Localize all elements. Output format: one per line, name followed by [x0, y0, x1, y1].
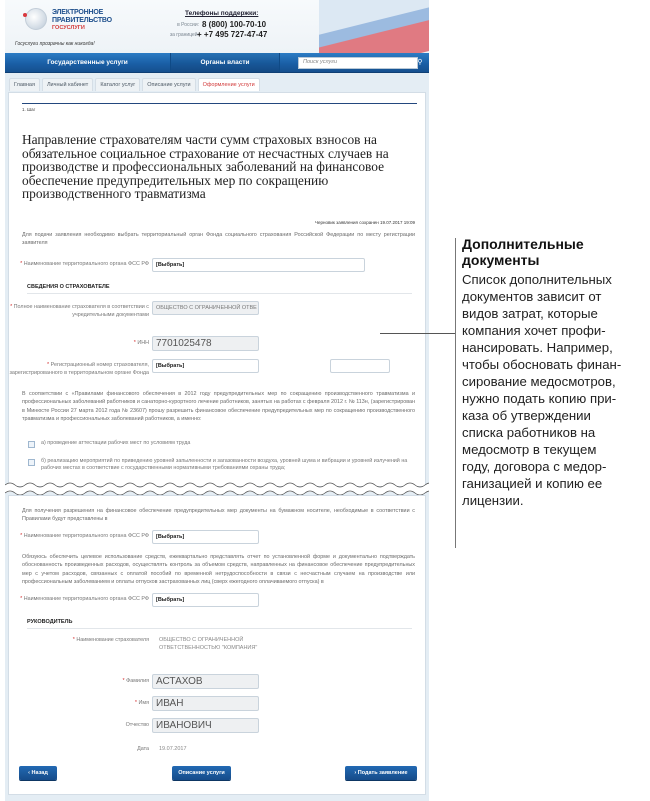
flag-decoration [319, 0, 429, 53]
rules-text: В соответствии с «Правилами финансового … [22, 390, 415, 424]
reg-number-select[interactable]: [Выбрать] [152, 359, 259, 373]
section-head: РУКОВОДИТЕЛЬ [27, 619, 72, 625]
insurer-name-value-2: ОТВЕТСТВЕННОСТЬЮ "КОМПАНИЯ" [159, 645, 257, 653]
breadcrumb-home[interactable]: Главная [9, 78, 40, 91]
nav-divider [279, 53, 280, 72]
search-icon[interactable]: ⚲ [415, 57, 425, 69]
callout-line: нужно подать копию при- [462, 390, 650, 407]
fss-select[interactable]: [Выбрать] [152, 258, 365, 272]
checkbox-b-label: б) реализацию мероприятий по приведению … [41, 458, 411, 473]
breadcrumb-application[interactable]: Оформление услуги [198, 78, 260, 91]
checkbox-a[interactable] [28, 441, 35, 448]
fss-label: * Наименование территориального органа Ф… [9, 261, 149, 269]
service-description-button[interactable]: Описание услуги [172, 766, 231, 780]
fss3-label: * Наименование территориального органа Ф… [9, 596, 149, 604]
surname-field[interactable]: АСТАХОВ [152, 674, 259, 689]
full-name-label: * Полное наименование страхователя в соо… [9, 304, 149, 319]
callout-line: ганизацией и копию ее [462, 475, 650, 492]
reg-number-extra-field[interactable] [330, 359, 390, 373]
page-title: Направление страхователям части сумм стр… [22, 133, 412, 201]
callout-body: Список дополнительныхдокументов зависит … [462, 271, 650, 509]
support-phones-title[interactable]: Телефоны поддержки: [185, 10, 258, 17]
callout-line: чтобы обосновать финан- [462, 356, 650, 373]
fss3-select[interactable]: [Выбрать] [152, 593, 259, 607]
form-card-top: 1. Шаг Направление страхователям части с… [8, 92, 426, 487]
form-card-bottom: Для получения разрешения на финансовое о… [8, 495, 426, 795]
date-value: 19.07.2017 [159, 746, 187, 754]
phone-abroad-label: за границей: [159, 32, 199, 38]
callout-line: списка работников на [462, 424, 650, 441]
logo-text-line1[interactable]: ЭЛЕКТРОННОЕ [52, 9, 103, 16]
draft-status: Черновик заявления сохранен 19.07.2017 1… [315, 220, 415, 225]
checkbox-a-label: а) проведение аттестации рабочих мест по… [41, 440, 411, 447]
breadcrumb-catalog[interactable]: Каталог услуг [95, 78, 140, 91]
paper-docs-text: Для получения разрешения на финансовое о… [22, 507, 415, 524]
callout-title: Дополнительные документы [462, 236, 647, 268]
breadcrumb-description[interactable]: Описание услуги [142, 78, 195, 91]
section-insurer: СВЕДЕНИЯ О СТРАХОВАТЕЛЕ [27, 284, 110, 290]
callout-line: Список дополнительных [462, 271, 650, 288]
step-label: 1. Шаг [22, 107, 35, 112]
search-input[interactable]: Поиск услуги [298, 57, 418, 69]
obligation-text: Обязуюсь обеспечить целевое использовани… [22, 553, 415, 587]
breadcrumb: Главная Личный кабинет Каталог услуг Опи… [9, 78, 260, 91]
insurer-name-label: * Наименование страхователя [9, 637, 149, 645]
name-label: * Имя [9, 700, 149, 708]
phone-russia: 8 (800) 100-70-10 [202, 20, 266, 29]
name-field[interactable]: ИВАН [152, 696, 259, 711]
reg-number-label: * Регистрационный номер страхователя, за… [9, 362, 149, 377]
search-placeholder: Поиск услуги [303, 59, 337, 65]
breadcrumb-cabinet[interactable]: Личный кабинет [42, 78, 93, 91]
intro-text: Для подачи заявления необходимо выбрать … [22, 231, 415, 248]
patronymic-field[interactable]: ИВАНОВИЧ [152, 718, 259, 733]
step-progress-line [22, 103, 417, 104]
callout-line: документов зависит от [462, 288, 650, 305]
logo-dot-icon [23, 13, 27, 17]
nav-gov-services[interactable]: Государственные услуги [5, 53, 170, 72]
main-nav: Государственные услуги Органы власти Пои… [5, 53, 429, 73]
callout-line: нансировать. Например, [462, 339, 650, 356]
callout-line: медосмотр в текущем [462, 441, 650, 458]
callout-pointer-line [380, 333, 455, 334]
nav-authorities[interactable]: Органы власти [171, 53, 279, 72]
callout-line: лицензии. [462, 492, 650, 509]
section-divider [27, 628, 412, 629]
checkbox-b[interactable] [28, 459, 35, 466]
inn-label: * ИНН [9, 340, 149, 348]
insurer-name-value-1: ОБЩЕСТВО С ОГРАНИЧЕННОЙ [159, 637, 243, 645]
callout-line: году, договора с медор- [462, 458, 650, 475]
phone-russia-label: в России: [159, 22, 199, 28]
gosuslugi-screenshot: ЭЛЕКТРОННОЕ ПРАВИТЕЛЬСТВО ГОСУСЛУГИ Госу… [5, 0, 429, 801]
site-header: ЭЛЕКТРОННОЕ ПРАВИТЕЛЬСТВО ГОСУСЛУГИ Госу… [5, 0, 429, 53]
surname-label: * Фамилия [9, 678, 149, 686]
logo-text-line3[interactable]: ГОСУСЛУГИ [52, 25, 85, 31]
logo-emblem-icon[interactable] [25, 8, 47, 30]
fss2-label: * Наименование территориального органа Ф… [9, 533, 149, 541]
patronymic-label: Отчество [9, 722, 149, 730]
logo-text-line2[interactable]: ПРАВИТЕЛЬСТВО [52, 17, 112, 24]
inn-field[interactable]: 7701025478 [152, 336, 259, 351]
date-label: Дата [9, 746, 149, 754]
phone-abroad: + +7 495 727-47-47 [197, 30, 267, 39]
callout-line: каза об утверждении [462, 407, 650, 424]
callout-line: компания хочет профи- [462, 322, 650, 339]
back-button[interactable]: ‹ Назад [19, 766, 57, 780]
slogan: Госуслуги прозрачны как никогда! [15, 41, 95, 47]
callout-line: сирование медосмотров, [462, 373, 650, 390]
submit-application-button[interactable]: › Подать заявление [345, 766, 417, 780]
full-name-field[interactable]: ОБЩЕСТВО С ОГРАНИЧЕННОЙ ОТВЕ [152, 301, 259, 315]
fss2-select[interactable]: [Выбрать] [152, 530, 259, 544]
callout-line: видов затрат, которые [462, 305, 650, 322]
section-divider [27, 293, 412, 294]
callout-vertical-rule [455, 238, 456, 548]
